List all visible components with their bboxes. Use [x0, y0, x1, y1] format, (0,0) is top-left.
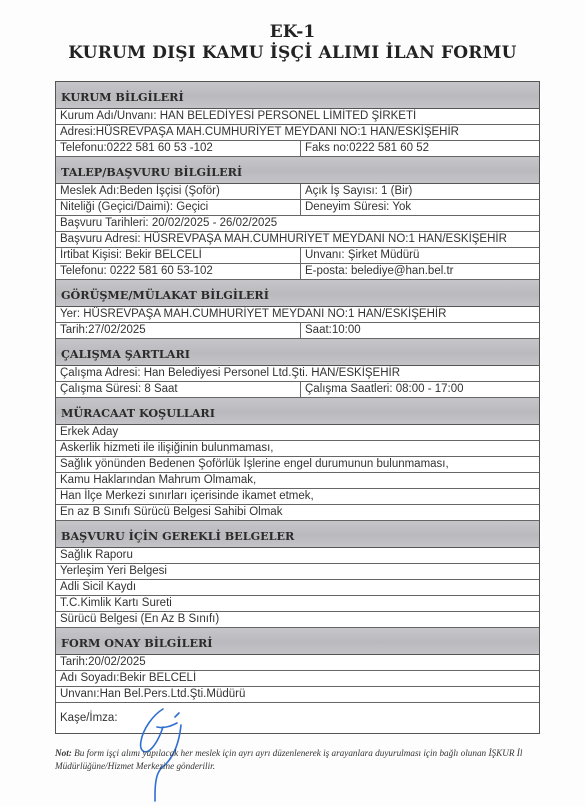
table-row: Tarih:20/02/2025 [56, 655, 539, 671]
footnote: Not: Bu form işçi alımı yapılacak her me… [55, 747, 545, 773]
contact-title: Unvanı: Şirket Müdürü [301, 248, 539, 263]
table-row: Telefonu: 0222 581 60 53-102 E-posta: be… [56, 264, 539, 280]
table-row: Çalışma Süresi: 8 Saat Çalışma Saatleri:… [56, 382, 539, 398]
list-item: T.C.Kimlik Kartı Sureti [56, 596, 539, 612]
footnote-label: Not: [55, 748, 72, 758]
approver-title: Unvanı:Han Bel.Pers.Ltd.Şti.Müdürü [56, 687, 539, 702]
list-item: En az B Sınıfı Sürücü Belgesi Sahibi Olm… [56, 505, 539, 521]
table-row: Tarih:27/02/2025 Saat:10:00 [56, 323, 539, 339]
requirement-item: En az B Sınıfı Sürücü Belgesi Sahibi Olm… [56, 505, 539, 520]
list-item: Sağlık yönünden Bedenen Şoförlük İşlerin… [56, 457, 539, 473]
table-row: Yer: HÜSREVPAŞA MAH.CUMHURİYET MEYDANI N… [56, 307, 539, 323]
section-header-approval: FORM ONAY BİLGİLERİ [56, 628, 539, 655]
section-header-application: TALEP/BAŞVURU BİLGİLERİ [56, 157, 539, 184]
work-hours: Çalışma Saatleri: 08:00 - 17:00 [301, 382, 539, 397]
table-row: Meslek Adı:Beden İşçisi (Şoför) Açık İş … [56, 184, 539, 200]
contact-person: İrtibat Kişisi: Bekir BELCELİ [56, 248, 301, 263]
table-row: Kaşe/İmza: [56, 703, 539, 733]
work-duration: Çalışma Süresi: 8 Saat [56, 382, 301, 397]
table-row: Unvanı:Han Bel.Pers.Ltd.Şti.Müdürü [56, 687, 539, 703]
document-item: Sağlık Raporu [56, 548, 539, 563]
annex-label: EK-1 [0, 22, 585, 42]
stamp-signature-label: Kaşe/İmza: [56, 703, 539, 733]
application-address: Başvuru Adresi: HÜSREVPAŞA MAH.CUMHURİYE… [56, 232, 539, 247]
requirement-item: Erkek Aday [56, 425, 539, 440]
institution-phone: Telefonu:0222 581 60 53 -102 [56, 141, 301, 156]
table-row: Telefonu:0222 581 60 53 -102 Faks no:022… [56, 141, 539, 157]
employment-type: Niteliği (Geçici/Daimi): Geçici [56, 200, 301, 215]
section-header-interview: GÖRÜŞME/MÜLAKAT BİLGİLERİ [56, 280, 539, 307]
table-row: Adı Soyadı:Bekir BELCELİ [56, 671, 539, 687]
work-address: Çalışma Adresi: Han Belediyesi Personel … [56, 366, 539, 381]
application-dates: Başvuru Tarihleri: 20/02/2025 - 26/02/20… [56, 216, 539, 231]
requirement-item: Kamu Haklarından Mahrum Olmamak, [56, 473, 539, 488]
contact-phone: Telefonu: 0222 581 60 53-102 [56, 264, 301, 279]
approval-date: Tarih:20/02/2025 [56, 655, 539, 670]
section-header-institution: KURUM BİLGİLERİ [56, 82, 539, 109]
open-positions: Açık İş Sayısı: 1 (Bir) [301, 184, 539, 199]
document-title: EK-1 KURUM DIŞI KAMU İŞÇİ ALIMI İLAN FOR… [0, 22, 585, 64]
list-item: Han İlçe Merkezi sınırları içerisinde ik… [56, 489, 539, 505]
contact-email: E-posta: belediye@han.bel.tr [301, 264, 539, 279]
interview-time: Saat:10:00 [301, 323, 539, 338]
list-item: Sağlık Raporu [56, 548, 539, 564]
institution-fax: Faks no:0222 581 60 52 [301, 141, 539, 156]
table-row: Kurum Adı/Unvanı: HAN BELEDİYESİ PERSONE… [56, 109, 539, 125]
requirement-item: Sağlık yönünden Bedenen Şoförlük İşlerin… [56, 457, 539, 472]
section-header-working-conditions: ÇALIŞMA ŞARTLARI [56, 339, 539, 366]
table-row: Başvuru Adresi: HÜSREVPAŞA MAH.CUMHURİYE… [56, 232, 539, 248]
section-header-requirements: MÜRACAAT KOŞULLARI [56, 398, 539, 425]
document-item: Adli Sicil Kaydı [56, 580, 539, 595]
institution-name: Kurum Adı/Unvanı: HAN BELEDİYESİ PERSONE… [56, 109, 539, 124]
requirement-item: Askerlik hizmeti ile ilişiğinin bulunmam… [56, 441, 539, 456]
institution-address: Adresi:HÜSREVPAŞA MAH.CUMHURİYET MEYDANI… [56, 125, 539, 140]
list-item: Yerleşim Yeri Belgesi [56, 564, 539, 580]
interview-location: Yer: HÜSREVPAŞA MAH.CUMHURİYET MEYDANI N… [56, 307, 539, 322]
announcement-form: KURUM BİLGİLERİ Kurum Adı/Unvanı: HAN BE… [55, 81, 540, 734]
document-item: Sürücü Belgesi (En Az B Sınıfı) [56, 612, 539, 627]
form-title: KURUM DIŞI KAMU İŞÇİ ALIMI İLAN FORMU [0, 42, 585, 64]
list-item: Kamu Haklarından Mahrum Olmamak, [56, 473, 539, 489]
footnote-text: Bu form işçi alımı yapılacak her meslek … [55, 748, 522, 771]
table-row: İrtibat Kişisi: Bekir BELCELİ Unvanı: Şi… [56, 248, 539, 264]
table-row: Çalışma Adresi: Han Belediyesi Personel … [56, 366, 539, 382]
list-item: Askerlik hizmeti ile ilişiğinin bulunmam… [56, 441, 539, 457]
list-item: Erkek Aday [56, 425, 539, 441]
table-row: Başvuru Tarihleri: 20/02/2025 - 26/02/20… [56, 216, 539, 232]
table-row: Adresi:HÜSREVPAŞA MAH.CUMHURİYET MEYDANI… [56, 125, 539, 141]
occupation-name: Meslek Adı:Beden İşçisi (Şoför) [56, 184, 301, 199]
document-item: Yerleşim Yeri Belgesi [56, 564, 539, 579]
list-item: Adli Sicil Kaydı [56, 580, 539, 596]
requirement-item: Han İlçe Merkezi sınırları içerisinde ik… [56, 489, 539, 504]
document-item: T.C.Kimlik Kartı Sureti [56, 596, 539, 611]
section-header-required-documents: BAŞVURU İÇİN GEREKLİ BELGELER [56, 521, 539, 548]
experience-required: Deneyim Süresi: Yok [301, 200, 539, 215]
interview-date: Tarih:27/02/2025 [56, 323, 301, 338]
approver-name: Adı Soyadı:Bekir BELCELİ [56, 671, 539, 686]
list-item: Sürücü Belgesi (En Az B Sınıfı) [56, 612, 539, 628]
table-row: Niteliği (Geçici/Daimi): Geçici Deneyim … [56, 200, 539, 216]
